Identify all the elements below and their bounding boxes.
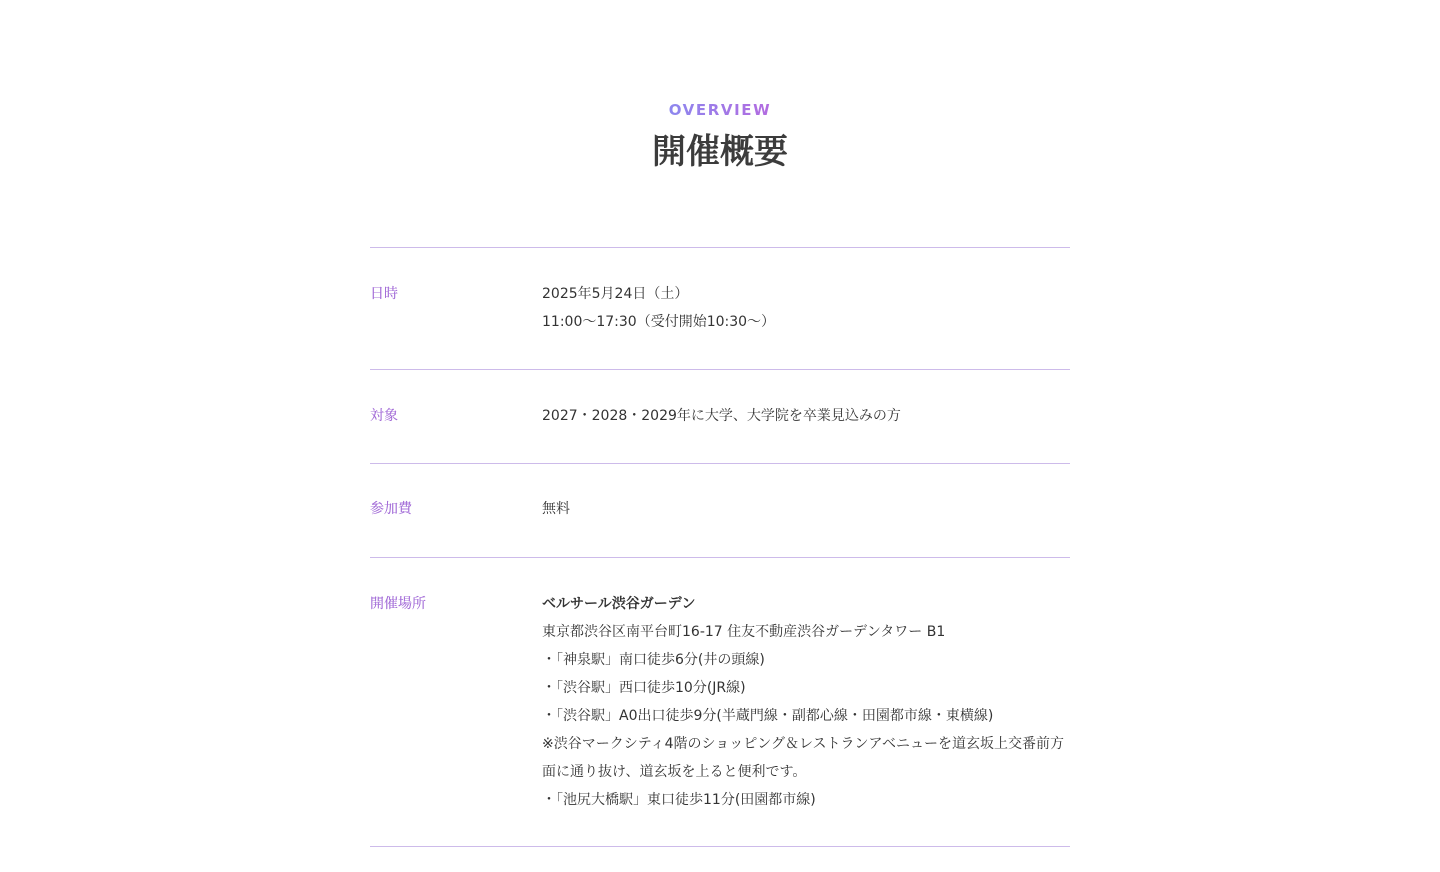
access-item: ・「池尻大橋駅」東口徒歩11分(田園都市線) bbox=[542, 786, 1070, 814]
date-text: 2025年5月24日（土） bbox=[542, 280, 1070, 308]
row-label: 開催場所 bbox=[370, 590, 542, 846]
venue-address: 東京都渋谷区南平台町16-17 住友不動産渋谷ガーデンタワー B1 bbox=[542, 618, 1070, 646]
row-value: 2027・2028・2029年に大学、大学院を卒業見込みの方 bbox=[542, 402, 1070, 463]
row-label: 日時 bbox=[370, 280, 542, 337]
row-value: ベルサール渋谷ガーデン 東京都渋谷区南平台町16-17 住友不動産渋谷ガーデンタ… bbox=[542, 590, 1070, 846]
row-label: 参加費 bbox=[370, 495, 542, 557]
fee-text: 無料 bbox=[542, 495, 1070, 523]
section-eyebrow: OVERVIEW bbox=[669, 99, 772, 121]
overview-row-datetime: 日時 2025年5月24日（土） 11:00〜17:30（受付開始10:30〜） bbox=[370, 248, 1070, 370]
section-heading: OVERVIEW 開催概要 bbox=[0, 99, 1440, 173]
section-title: 開催概要 bbox=[0, 131, 1440, 173]
access-item: ・「神泉駅」南口徒歩6分(井の頭線) bbox=[542, 646, 1070, 674]
row-label: 対象 bbox=[370, 402, 542, 463]
overview-row-target: 対象 2027・2028・2029年に大学、大学院を卒業見込みの方 bbox=[370, 370, 1070, 464]
access-note: ※渋谷マークシティ4階のショッピング＆レストランアベニューを道玄坂上交番前方 bbox=[542, 730, 1070, 758]
overview-row-fee: 参加費 無料 bbox=[370, 464, 1070, 558]
access-item: ・「渋谷駅」A0出口徒歩9分(半蔵門線・副都心線・田園都市線・東横線) bbox=[542, 702, 1070, 730]
overview-table: 日時 2025年5月24日（土） 11:00〜17:30（受付開始10:30〜）… bbox=[370, 247, 1070, 847]
target-text: 2027・2028・2029年に大学、大学院を卒業見込みの方 bbox=[542, 402, 1070, 430]
overview-row-venue: 開催場所 ベルサール渋谷ガーデン 東京都渋谷区南平台町16-17 住友不動産渋谷… bbox=[370, 558, 1070, 847]
venue-name: ベルサール渋谷ガーデン bbox=[542, 590, 1070, 618]
row-value: 2025年5月24日（土） 11:00〜17:30（受付開始10:30〜） bbox=[542, 280, 1070, 337]
access-item: ・「渋谷駅」西口徒歩10分(JR線) bbox=[542, 674, 1070, 702]
time-text: 11:00〜17:30（受付開始10:30〜） bbox=[542, 308, 1070, 336]
row-value: 無料 bbox=[542, 495, 1070, 557]
access-note: 面に通り抜け、道玄坂を上ると便利です。 bbox=[542, 758, 1070, 786]
